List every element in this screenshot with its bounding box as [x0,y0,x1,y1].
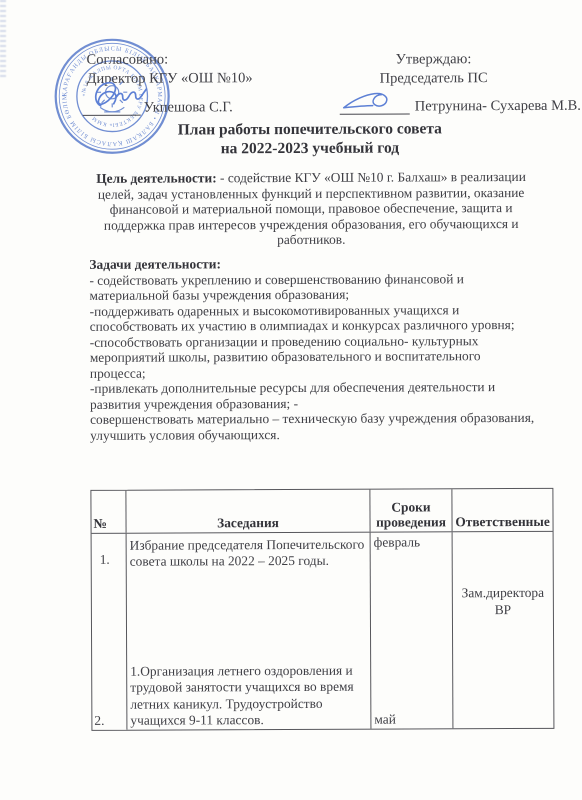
responsible-value: Зам.директора ВР [462,585,545,617]
approved-label: Утверждаю: [379,50,487,69]
header-responsible: Ответственные [452,489,552,531]
plan-table-body: 1. 2. Избрание председателя Попечительск… [92,532,554,730]
document-title-line1: План работы попечительского совета [84,120,536,140]
scanned-document-page: ҚАРАҒАНДЫ ОБЛЫСЫ БІЛІМ БАСҚАРМАСЫ • БАЛҚ… [0,0,582,800]
header-term: Сроки проведения [370,489,452,531]
signature-right-icon [342,88,390,114]
row-number: 1. [100,552,126,568]
tasks-text: - содействовать укреплению и совершенств… [89,270,560,443]
document-title-line2: на 2022-2023 учебный год [84,138,536,158]
plan-table: № Заседания Сроки проведения Ответственн… [90,488,554,731]
agenda-item: 1.Организация летнего оздоровления и тру… [130,663,370,729]
column-term: февраль май [371,532,454,728]
goal-label: Цель деятельности: [96,170,217,186]
signer-name-right: Петрунина- Сухарева М.В. [415,98,581,116]
approved-block: Утверждаю: Председатель ПС [379,50,487,87]
term-value: май [374,711,452,728]
signature-left-icon [85,78,147,118]
header-number: № [91,491,126,533]
column-responsible: Зам.директора ВР [453,532,554,728]
document-title: План работы попечительского совета на 20… [84,120,536,159]
row-number: 2. [94,713,126,729]
column-numbers: 1. 2. [92,534,128,730]
approved-role: Председатель ПС [380,69,488,88]
term-value: февраль [374,534,452,551]
plan-table-header: № Заседания Сроки проведения Ответственн… [91,489,552,534]
tasks-section: Задачи деятельности: - содействовать укр… [89,255,560,443]
header-agenda: Заседания [126,490,370,533]
signer-name-left: Укпешова С.Г. [144,99,233,116]
agenda-item: Избрание председателя Попечительского со… [130,537,370,570]
column-agenda: Избрание председателя Попечительского со… [127,533,372,730]
agreed-label: Согласовано: [86,50,252,69]
goal-paragraph: Цель деятельности: - содействие КГУ «ОШ … [82,169,540,248]
signature-line-right [340,113,410,114]
